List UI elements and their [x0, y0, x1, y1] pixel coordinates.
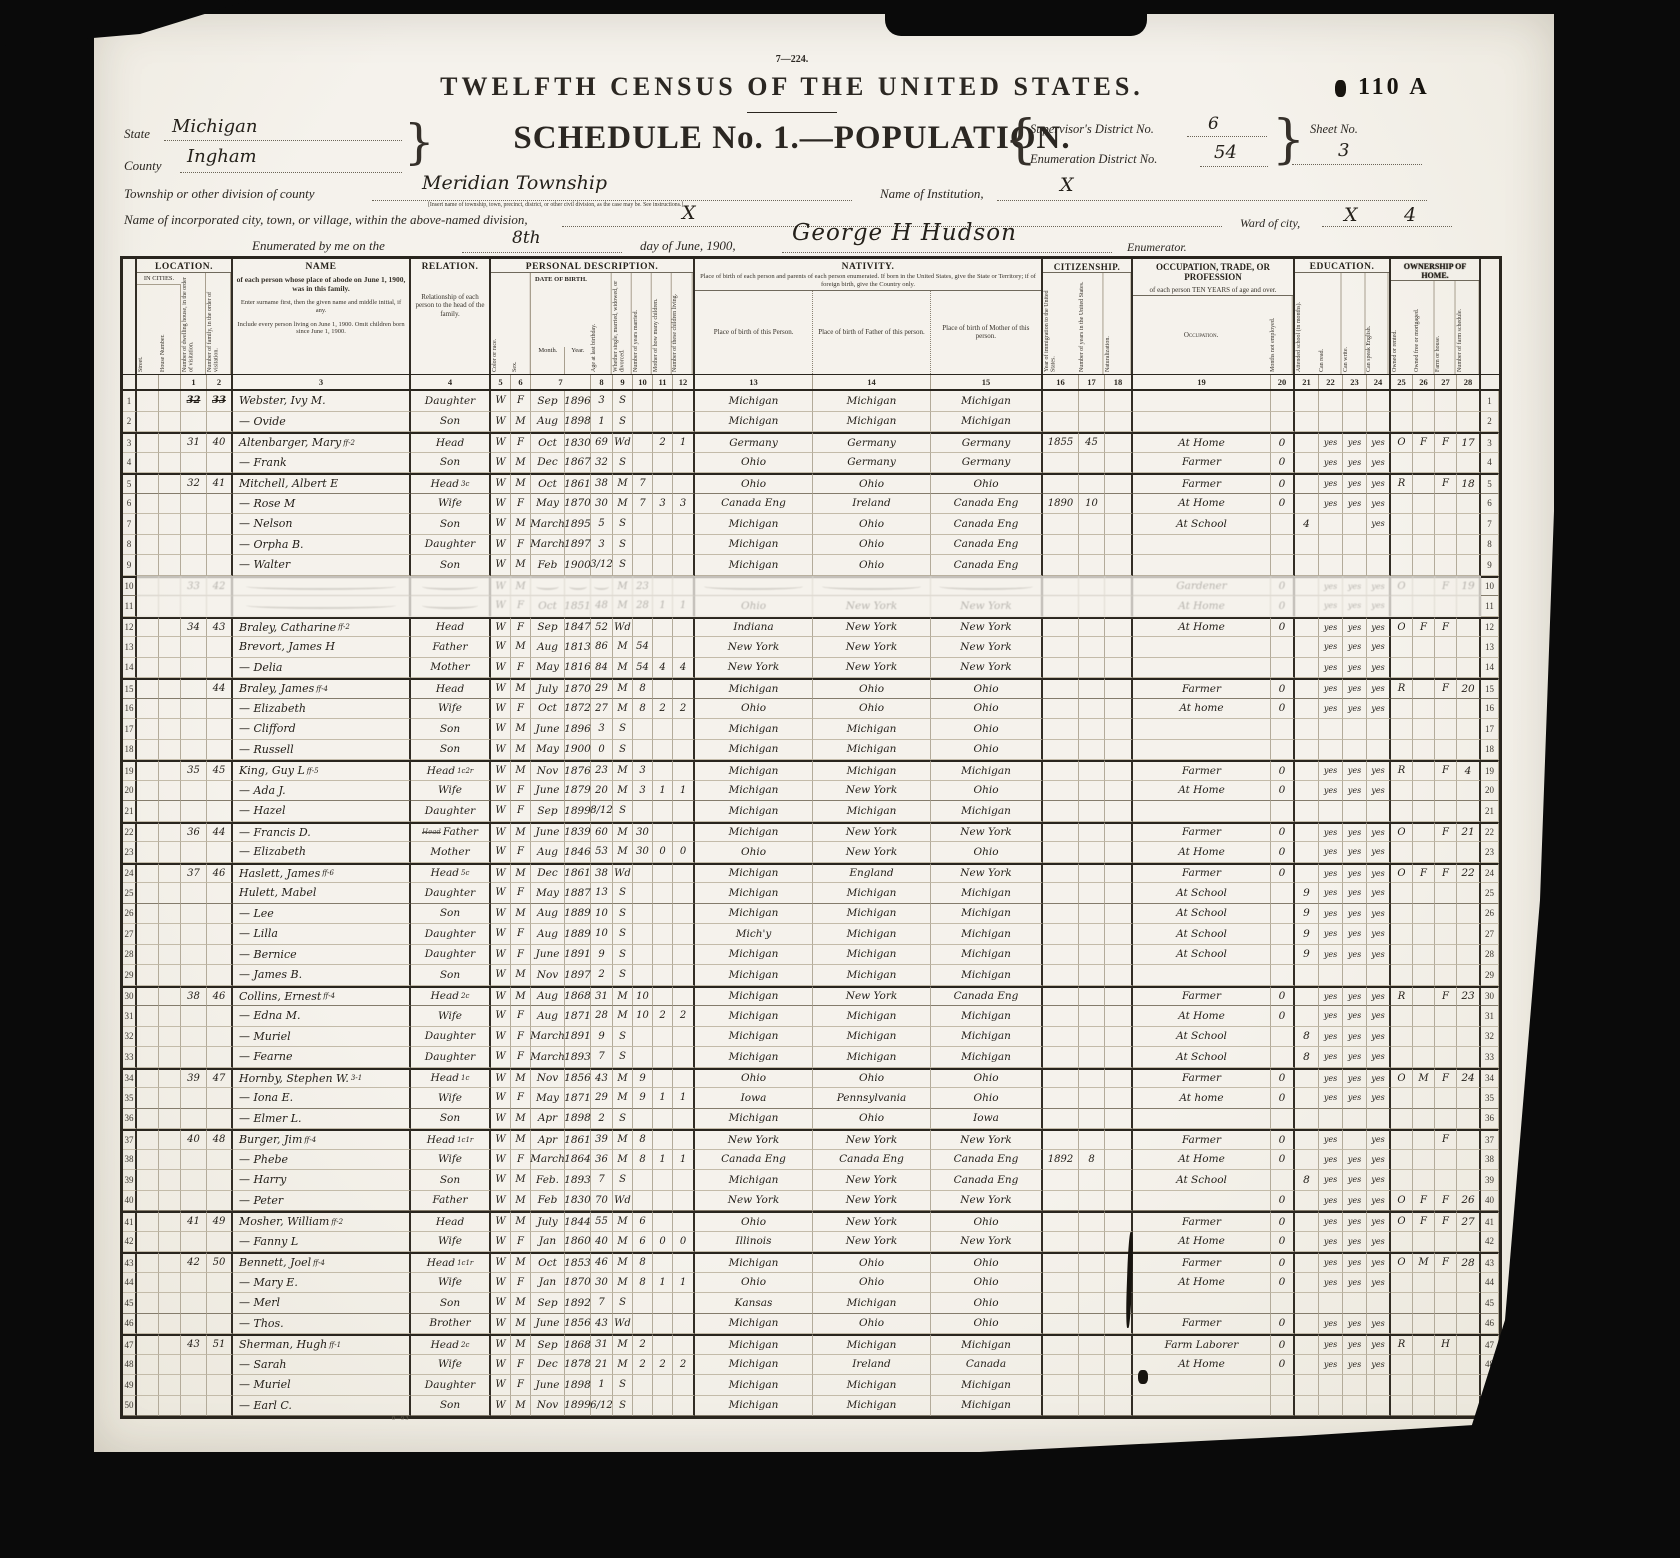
row26-name: — Lee	[233, 904, 411, 925]
row42-mne: 0	[1271, 1232, 1295, 1253]
row41-street	[137, 1211, 159, 1232]
row20-mar: M	[613, 781, 633, 802]
row6-occ: At Home	[1133, 494, 1271, 515]
row49-ym	[633, 1375, 653, 1396]
row7-mc	[653, 514, 673, 535]
row5-pm: Ohio	[931, 473, 1043, 494]
row8-house	[159, 535, 181, 556]
row29-mar: S	[613, 965, 633, 986]
ward-line	[1322, 226, 1452, 227]
row1-mar: S	[613, 391, 633, 412]
row32-bm: March	[531, 1027, 565, 1048]
row2-rel: Son	[411, 412, 491, 433]
row22-cl	[673, 822, 695, 843]
row8-by: 1897	[565, 535, 591, 556]
row23-imm	[1043, 842, 1079, 863]
row22-ym: 30	[633, 822, 653, 843]
row3-sch	[1295, 432, 1319, 453]
row46-name: — Thos.	[233, 1314, 411, 1335]
row23-yus	[1079, 842, 1105, 863]
row15-yus	[1079, 678, 1105, 699]
row50-mc	[653, 1396, 673, 1417]
row3-age: 69	[591, 432, 613, 453]
row27-en: yes	[1367, 924, 1391, 945]
row9-own	[1391, 555, 1413, 576]
row10-lnL: 10	[123, 576, 137, 597]
row49-own	[1391, 1375, 1413, 1396]
row18-en	[1367, 740, 1391, 761]
row32-nat	[1105, 1027, 1133, 1048]
name-title: NAME	[233, 259, 409, 272]
row10-color: W	[491, 576, 511, 597]
row20-wr: yes	[1343, 781, 1367, 802]
row30-lnR: 30	[1481, 986, 1499, 1007]
row24-by: 1861	[565, 863, 591, 884]
city-label: Name of incorporated city, town, or vill…	[124, 212, 528, 228]
row10-lnR: 10	[1481, 576, 1499, 597]
row48-house	[159, 1355, 181, 1376]
row37-bm: Apr	[531, 1129, 565, 1150]
row40-mne: 0	[1271, 1191, 1295, 1212]
row44-mne: 0	[1271, 1273, 1295, 1294]
row31-rel: Wife	[411, 1006, 491, 1027]
row2-d	[181, 412, 207, 433]
row5-fm	[1413, 473, 1435, 494]
row13-name: Brevort, James H	[233, 637, 411, 658]
row20-age: 20	[591, 781, 613, 802]
row16-d	[181, 699, 207, 720]
row15-pf: Ohio	[813, 678, 931, 699]
row14-pf: New York	[813, 658, 931, 679]
row17-sch	[1295, 719, 1319, 740]
row18-fm	[1413, 740, 1435, 761]
row18-own	[1391, 740, 1413, 761]
row1-color: W	[491, 391, 511, 412]
row28-rel: Daughter	[411, 945, 491, 966]
row31-bm: Aug	[531, 1006, 565, 1027]
row9-mar: S	[613, 555, 633, 576]
row33-pf: Michigan	[813, 1047, 931, 1068]
row1-nat	[1105, 391, 1133, 412]
farm-house-column-label: Farm or house.	[1434, 281, 1456, 374]
row31-pf: Michigan	[813, 1006, 931, 1027]
row17-en	[1367, 719, 1391, 740]
row16-mne: 0	[1271, 699, 1295, 720]
row30-street	[137, 986, 159, 1007]
row2-pm: Michigan	[931, 412, 1043, 433]
row20-occ: At Home	[1133, 781, 1271, 802]
row6-lnR: 6	[1481, 494, 1499, 515]
header-linenum-left	[123, 259, 137, 374]
row32-mar: S	[613, 1027, 633, 1048]
row45-sex: M	[511, 1293, 531, 1314]
row27-lnL: 27	[123, 924, 137, 945]
row10-fm	[1413, 576, 1435, 597]
row40-d	[181, 1191, 207, 1212]
row2-f	[207, 412, 233, 433]
row24-own: O	[1391, 863, 1413, 884]
row9-f	[207, 555, 233, 576]
row43-f: 50	[207, 1252, 233, 1273]
row43-yus	[1079, 1252, 1105, 1273]
row35-street	[137, 1088, 159, 1109]
row16-fh	[1435, 699, 1457, 720]
row21-ym	[633, 801, 653, 822]
row26-fm	[1413, 904, 1435, 925]
row45-pm: Ohio	[931, 1293, 1043, 1314]
row4-wr: yes	[1343, 453, 1367, 474]
row1-d: 32	[181, 391, 207, 412]
row40-street	[137, 1191, 159, 1212]
row45-lnL: 45	[123, 1293, 137, 1314]
row36-occ	[1133, 1109, 1271, 1130]
row28-mc	[653, 945, 673, 966]
row42-house	[159, 1232, 181, 1253]
row35-fm	[1413, 1088, 1435, 1109]
row31-yus	[1079, 1006, 1105, 1027]
row9-imm	[1043, 555, 1079, 576]
row50-pb: Michigan	[695, 1396, 813, 1417]
row31-ym: 10	[633, 1006, 653, 1027]
row14-nat	[1105, 658, 1133, 679]
row41-color: W	[491, 1211, 511, 1232]
row47-d: 43	[181, 1334, 207, 1355]
row40-pm: New York	[931, 1191, 1043, 1212]
row8-rd	[1319, 535, 1343, 556]
row37-by: 1861	[565, 1129, 591, 1150]
row42-rel: Wife	[411, 1232, 491, 1253]
row48-sex: F	[511, 1355, 531, 1376]
row34-color: W	[491, 1068, 511, 1089]
row44-fm	[1413, 1273, 1435, 1294]
row37-fm	[1413, 1129, 1435, 1150]
numcell-2: 2	[207, 375, 233, 389]
row2-cl	[673, 412, 695, 433]
row16-color: W	[491, 699, 511, 720]
row12-ym	[633, 617, 653, 638]
row17-sex: M	[511, 719, 531, 740]
row21-cl	[673, 801, 695, 822]
row30-pm: Canada Eng	[931, 986, 1043, 1007]
row38-cl: 1	[673, 1150, 695, 1171]
numcell-4: 4	[411, 375, 491, 389]
row18-f	[207, 740, 233, 761]
row12-rel: Head	[411, 617, 491, 638]
row33-color: W	[491, 1047, 511, 1068]
row37-color: W	[491, 1129, 511, 1150]
row9-sch	[1295, 555, 1319, 576]
row10-mc	[653, 576, 673, 597]
row46-lnL: 46	[123, 1314, 137, 1335]
row21-by: 1899	[565, 801, 591, 822]
row29-color: W	[491, 965, 511, 986]
years-in-us-column-label: Number of years in the United States.	[1078, 273, 1103, 374]
row28-f	[207, 945, 233, 966]
row5-mne: 0	[1271, 473, 1295, 494]
row2-house	[159, 412, 181, 433]
row31-age: 28	[591, 1006, 613, 1027]
row48-ym: 2	[633, 1355, 653, 1376]
row39-mar: S	[613, 1170, 633, 1191]
row30-pf: New York	[813, 986, 931, 1007]
row28-fs	[1457, 945, 1481, 966]
row25-by: 1887	[565, 883, 591, 904]
row12-sex: F	[511, 617, 531, 638]
row20-ym: 3	[633, 781, 653, 802]
row17-rd	[1319, 719, 1343, 740]
row15-rd: yes	[1319, 678, 1343, 699]
row8-sch	[1295, 535, 1319, 556]
row16-sch	[1295, 699, 1319, 720]
row11-en: yes	[1367, 596, 1391, 617]
row1-f: 33	[207, 391, 233, 412]
row42-yus	[1079, 1232, 1105, 1253]
row23-sex: F	[511, 842, 531, 863]
row15-mne: 0	[1271, 678, 1295, 699]
row18-house	[159, 740, 181, 761]
row47-fh: H	[1435, 1334, 1457, 1355]
row17-own	[1391, 719, 1413, 740]
row21-sex: F	[511, 801, 531, 822]
row6-mc: 3	[653, 494, 673, 515]
row44-color: W	[491, 1273, 511, 1294]
row10-cl	[673, 576, 695, 597]
ward-value: X	[1344, 204, 1358, 226]
row27-d	[181, 924, 207, 945]
row12-age: 52	[591, 617, 613, 638]
row18-mne	[1271, 740, 1295, 761]
row19-mc	[653, 760, 673, 781]
row3-pf: Germany	[813, 432, 931, 453]
row20-own	[1391, 781, 1413, 802]
row44-wr: yes	[1343, 1273, 1367, 1294]
row17-mne	[1271, 719, 1295, 740]
row32-cl	[673, 1027, 695, 1048]
numcell-16: 16	[1043, 375, 1079, 389]
row30-sch	[1295, 986, 1319, 1007]
row33-bm: March	[531, 1047, 565, 1068]
row6-wr: yes	[1343, 494, 1367, 515]
row4-pf: Germany	[813, 453, 931, 474]
row14-imm	[1043, 658, 1079, 679]
row13-lnR: 13	[1481, 637, 1499, 658]
row4-name: — Frank	[233, 453, 411, 474]
row23-rd: yes	[1319, 842, 1343, 863]
row17-age: 3	[591, 719, 613, 740]
row41-f: 49	[207, 1211, 233, 1232]
row48-fh	[1435, 1355, 1457, 1376]
row19-name: King, Guy Lff-5	[233, 760, 411, 781]
row9-color: W	[491, 555, 511, 576]
row19-by: 1876	[565, 760, 591, 781]
sheet-value: 3	[1338, 140, 1349, 161]
row32-house	[159, 1027, 181, 1048]
row35-age: 29	[591, 1088, 613, 1109]
row11-pb: Ohio	[695, 596, 813, 617]
row22-age: 60	[591, 822, 613, 843]
row48-age: 21	[591, 1355, 613, 1376]
row44-street	[137, 1273, 159, 1294]
row14-fs	[1457, 658, 1481, 679]
row17-lnL: 17	[123, 719, 137, 740]
row21-mc	[653, 801, 673, 822]
row3-f: 40	[207, 432, 233, 453]
row32-imm	[1043, 1027, 1079, 1048]
row37-imm	[1043, 1129, 1079, 1150]
row3-color: W	[491, 432, 511, 453]
row27-color: W	[491, 924, 511, 945]
row4-own	[1391, 453, 1413, 474]
row9-nat	[1105, 555, 1133, 576]
row47-by: 1868	[565, 1334, 591, 1355]
row27-lnR: 27	[1481, 924, 1499, 945]
row2-pf: Michigan	[813, 412, 931, 433]
row9-name: — Walter	[233, 555, 411, 576]
row12-fh: F	[1435, 617, 1457, 638]
row27-sch: 9	[1295, 924, 1319, 945]
row39-nat	[1105, 1170, 1133, 1191]
header-personal: PERSONAL DESCRIPTION. Color or race. Sex…	[491, 259, 695, 374]
row13-occ	[1133, 637, 1271, 658]
supervisor-value: 6	[1208, 114, 1219, 134]
row17-name: — Clifford	[233, 719, 411, 740]
relation-title: RELATION.	[411, 259, 489, 272]
row7-age: 5	[591, 514, 613, 535]
row29-sch	[1295, 965, 1319, 986]
row35-ym: 9	[633, 1088, 653, 1109]
census-table-body: 13233Webster, Ivy M.DaughterWFSep18963SM…	[123, 391, 1499, 1416]
enumeration-label: Enumeration District No.	[1030, 152, 1157, 167]
row2-sex: M	[511, 412, 531, 433]
row27-name: — Lilla	[233, 924, 411, 945]
row35-fs	[1457, 1088, 1481, 1109]
row12-sch	[1295, 617, 1319, 638]
nativity-title: NATIVITY.	[695, 259, 1041, 272]
row33-street	[137, 1047, 159, 1068]
row12-bm: Sep	[531, 617, 565, 638]
row41-lnL: 41	[123, 1211, 137, 1232]
row34-lnR: 34	[1481, 1068, 1499, 1089]
row14-sch	[1295, 658, 1319, 679]
row19-nat	[1105, 760, 1133, 781]
row41-sch	[1295, 1211, 1319, 1232]
row43-rd: yes	[1319, 1252, 1343, 1273]
row28-fm	[1413, 945, 1435, 966]
name-sub3: Include every person living on June 1, 1…	[233, 320, 409, 338]
row7-fs	[1457, 514, 1481, 535]
row7-fm	[1413, 514, 1435, 535]
row4-rel: Son	[411, 453, 491, 474]
row29-yus	[1079, 965, 1105, 986]
row48-street	[137, 1355, 159, 1376]
row3-lnR: 3	[1481, 432, 1499, 453]
name-sub1: of each person whose place of abode on J…	[233, 274, 409, 294]
row40-lnL: 40	[123, 1191, 137, 1212]
row26-mc	[653, 904, 673, 925]
row33-wr: yes	[1343, 1047, 1367, 1068]
row8-ym	[633, 535, 653, 556]
row3-by: 1830	[565, 432, 591, 453]
row46-sch	[1295, 1314, 1319, 1335]
row39-occ: At School	[1133, 1170, 1271, 1191]
row40-name: — Peter	[233, 1191, 411, 1212]
dwelling-number-column-label: Number of dwelling house, in the order o…	[181, 273, 206, 374]
row40-fs: 26	[1457, 1191, 1481, 1212]
row46-bm: June	[531, 1314, 565, 1335]
row7-own	[1391, 514, 1413, 535]
row18-sch	[1295, 740, 1319, 761]
row3-fm: F	[1413, 432, 1435, 453]
row30-mar: M	[613, 986, 633, 1007]
row47-wr: yes	[1343, 1334, 1367, 1355]
children-living-column-label: Number of these children living.	[671, 273, 693, 374]
row8-en	[1367, 535, 1391, 556]
row28-sex: F	[511, 945, 531, 966]
row33-rd: yes	[1319, 1047, 1343, 1068]
occupation-column-label: Occupation.	[1133, 330, 1269, 340]
row39-en: yes	[1367, 1170, 1391, 1191]
row46-house	[159, 1314, 181, 1335]
county-line	[180, 172, 402, 173]
row24-imm	[1043, 863, 1079, 884]
header-education: EDUCATION. Attended school (in months). …	[1295, 259, 1391, 374]
row34-yus	[1079, 1068, 1105, 1089]
row3-lnL: 3	[123, 432, 137, 453]
row5-own: R	[1391, 473, 1413, 494]
row13-age: 86	[591, 637, 613, 658]
row21-color: W	[491, 801, 511, 822]
row33-sex: F	[511, 1047, 531, 1068]
row36-street	[137, 1109, 159, 1130]
personal-title: PERSONAL DESCRIPTION.	[491, 259, 693, 272]
row10-rel	[411, 576, 491, 597]
row5-mar: M	[613, 473, 633, 494]
row8-d	[181, 535, 207, 556]
row17-fs	[1457, 719, 1481, 740]
row31-house	[159, 1006, 181, 1027]
row24-color: W	[491, 863, 511, 884]
row49-pf: Michigan	[813, 1375, 931, 1396]
row13-sex: M	[511, 637, 531, 658]
row22-name: — Francis D.	[233, 822, 411, 843]
row6-en: yes	[1367, 494, 1391, 515]
row40-yus	[1079, 1191, 1105, 1212]
row35-yus	[1079, 1088, 1105, 1109]
row28-color: W	[491, 945, 511, 966]
row50-en	[1367, 1396, 1391, 1417]
row17-house	[159, 719, 181, 740]
row22-house	[159, 822, 181, 843]
row35-lnR: 35	[1481, 1088, 1499, 1109]
row47-color: W	[491, 1334, 511, 1355]
numcell-10: 10	[633, 375, 653, 389]
row47-sex: M	[511, 1334, 531, 1355]
row31-name: — Edna M.	[233, 1006, 411, 1027]
row27-age: 10	[591, 924, 613, 945]
row36-sex: M	[511, 1109, 531, 1130]
row13-fm	[1413, 637, 1435, 658]
row41-rd: yes	[1319, 1211, 1343, 1232]
row7-en: yes	[1367, 514, 1391, 535]
row42-age: 40	[591, 1232, 613, 1253]
row38-mc: 1	[653, 1150, 673, 1171]
row46-yus	[1079, 1314, 1105, 1335]
row47-pb: Michigan	[695, 1334, 813, 1355]
row34-lnL: 34	[123, 1068, 137, 1089]
row34-d: 39	[181, 1068, 207, 1089]
row16-mc: 2	[653, 699, 673, 720]
row29-lnR: 29	[1481, 965, 1499, 986]
